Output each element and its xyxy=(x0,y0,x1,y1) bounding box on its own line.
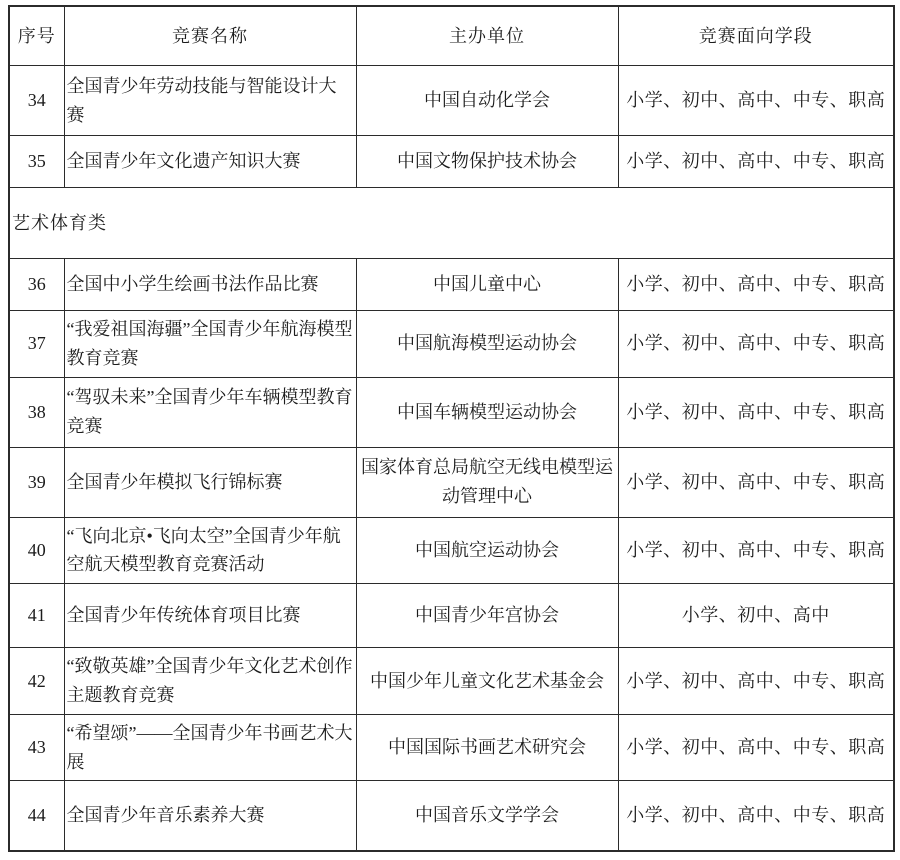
competition-name-cell: “飞向北京•飞向太空”全国青少年航空航天模型教育竞赛活动 xyxy=(64,517,356,584)
table-body: 34 全国青少年劳动技能与智能设计大赛 中国自动化学会 小学、初中、高中、中专、… xyxy=(9,66,894,851)
levels-cell: 小学、初中、高中、中专、职高 xyxy=(618,781,894,851)
row-id-cell: 39 xyxy=(9,447,64,517)
table-row-34: 34 全国青少年劳动技能与智能设计大赛 中国自动化学会 小学、初中、高中、中专、… xyxy=(9,66,894,136)
levels-cell: 小学、初中、高中、中专、职高 xyxy=(618,447,894,517)
competition-name-cell: 全国青少年文化遗产知识大赛 xyxy=(64,136,356,188)
organizer-cell: 中国音乐文学学会 xyxy=(356,781,618,851)
organizer-cell: 中国自动化学会 xyxy=(356,66,618,136)
row-id-cell: 44 xyxy=(9,781,64,851)
levels-cell: 小学、初中、高中、中专、职高 xyxy=(618,377,894,447)
levels-cell: 小学、初中、高中、中专、职高 xyxy=(618,517,894,584)
levels-cell: 小学、初中、高中、中专、职高 xyxy=(618,311,894,378)
row-id-cell: 42 xyxy=(9,648,64,715)
row-id-cell: 43 xyxy=(9,714,64,781)
competition-table: 序号 竞赛名称 主办单位 竞赛面向学段 34 全国青少年劳动技能与智能设计大赛 … xyxy=(8,5,895,852)
table-row-38: 38 “驾驭未来”全国青少年车辆模型教育竞赛 中国车辆模型运动协会 小学、初中、… xyxy=(9,377,894,447)
competition-name-cell: “致敬英雄”全国青少年文化艺术创作主题教育竞赛 xyxy=(64,648,356,715)
header-levels: 竞赛面向学段 xyxy=(618,6,894,66)
competition-name-cell: “我爱祖国海疆”全国青少年航海模型教育竞赛 xyxy=(64,311,356,378)
levels-cell: 小学、初中、高中 xyxy=(618,584,894,648)
row-id-cell: 41 xyxy=(9,584,64,648)
organizer-cell: 国家体育总局航空无线电模型运动管理中心 xyxy=(356,447,618,517)
levels-cell: 小学、初中、高中、中专、职高 xyxy=(618,259,894,311)
document-page: 序号 竞赛名称 主办单位 竞赛面向学段 34 全国青少年劳动技能与智能设计大赛 … xyxy=(0,0,900,860)
competition-name-cell: 全国中小学生绘画书法作品比赛 xyxy=(64,259,356,311)
organizer-cell: 中国航海模型运动协会 xyxy=(356,311,618,378)
table-row-42: 42 “致敬英雄”全国青少年文化艺术创作主题教育竞赛 中国少年儿童文化艺术基金会… xyxy=(9,648,894,715)
header-id: 序号 xyxy=(9,6,64,66)
competition-name-cell: 全国青少年传统体育项目比赛 xyxy=(64,584,356,648)
table-row-43: 43 “希望颂”——全国青少年书画艺术大展 中国国际书画艺术研究会 小学、初中、… xyxy=(9,714,894,781)
organizer-cell: 中国儿童中心 xyxy=(356,259,618,311)
row-id-cell: 37 xyxy=(9,311,64,378)
levels-cell: 小学、初中、高中、中专、职高 xyxy=(618,66,894,136)
section-row: 艺术体育类 xyxy=(9,188,894,259)
section-label: 艺术体育类 xyxy=(9,188,894,259)
organizer-cell: 中国车辆模型运动协会 xyxy=(356,377,618,447)
levels-cell: 小学、初中、高中、中专、职高 xyxy=(618,714,894,781)
table-row-36: 36 全国中小学生绘画书法作品比赛 中国儿童中心 小学、初中、高中、中专、职高 xyxy=(9,259,894,311)
row-id-cell: 40 xyxy=(9,517,64,584)
table-row-35: 35 全国青少年文化遗产知识大赛 中国文物保护技术协会 小学、初中、高中、中专、… xyxy=(9,136,894,188)
table-header: 序号 竞赛名称 主办单位 竞赛面向学段 xyxy=(9,6,894,66)
table-row-37: 37 “我爱祖国海疆”全国青少年航海模型教育竞赛 中国航海模型运动协会 小学、初… xyxy=(9,311,894,378)
levels-cell: 小学、初中、高中、中专、职高 xyxy=(618,136,894,188)
organizer-cell: 中国航空运动协会 xyxy=(356,517,618,584)
row-id-cell: 36 xyxy=(9,259,64,311)
table-row-44: 44 全国青少年音乐素养大赛 中国音乐文学学会 小学、初中、高中、中专、职高 xyxy=(9,781,894,851)
competition-name-cell: 全国青少年模拟飞行锦标赛 xyxy=(64,447,356,517)
row-id-cell: 38 xyxy=(9,377,64,447)
competition-name-cell: “希望颂”——全国青少年书画艺术大展 xyxy=(64,714,356,781)
organizer-cell: 中国少年儿童文化艺术基金会 xyxy=(356,648,618,715)
organizer-cell: 中国国际书画艺术研究会 xyxy=(356,714,618,781)
row-id-cell: 35 xyxy=(9,136,64,188)
competition-name-cell: 全国青少年音乐素养大赛 xyxy=(64,781,356,851)
table-row-41: 41 全国青少年传统体育项目比赛 中国青少年宫协会 小学、初中、高中 xyxy=(9,584,894,648)
competition-name-cell: 全国青少年劳动技能与智能设计大赛 xyxy=(64,66,356,136)
competition-name-cell: “驾驭未来”全国青少年车辆模型教育竞赛 xyxy=(64,377,356,447)
levels-cell: 小学、初中、高中、中专、职高 xyxy=(618,648,894,715)
organizer-cell: 中国文物保护技术协会 xyxy=(356,136,618,188)
organizer-cell: 中国青少年宫协会 xyxy=(356,584,618,648)
table-row-40: 40 “飞向北京•飞向太空”全国青少年航空航天模型教育竞赛活动 中国航空运动协会… xyxy=(9,517,894,584)
header-competition-name: 竞赛名称 xyxy=(64,6,356,66)
table-row-39: 39 全国青少年模拟飞行锦标赛 国家体育总局航空无线电模型运动管理中心 小学、初… xyxy=(9,447,894,517)
header-row: 序号 竞赛名称 主办单位 竞赛面向学段 xyxy=(9,6,894,66)
header-organizer: 主办单位 xyxy=(356,6,618,66)
row-id-cell: 34 xyxy=(9,66,64,136)
